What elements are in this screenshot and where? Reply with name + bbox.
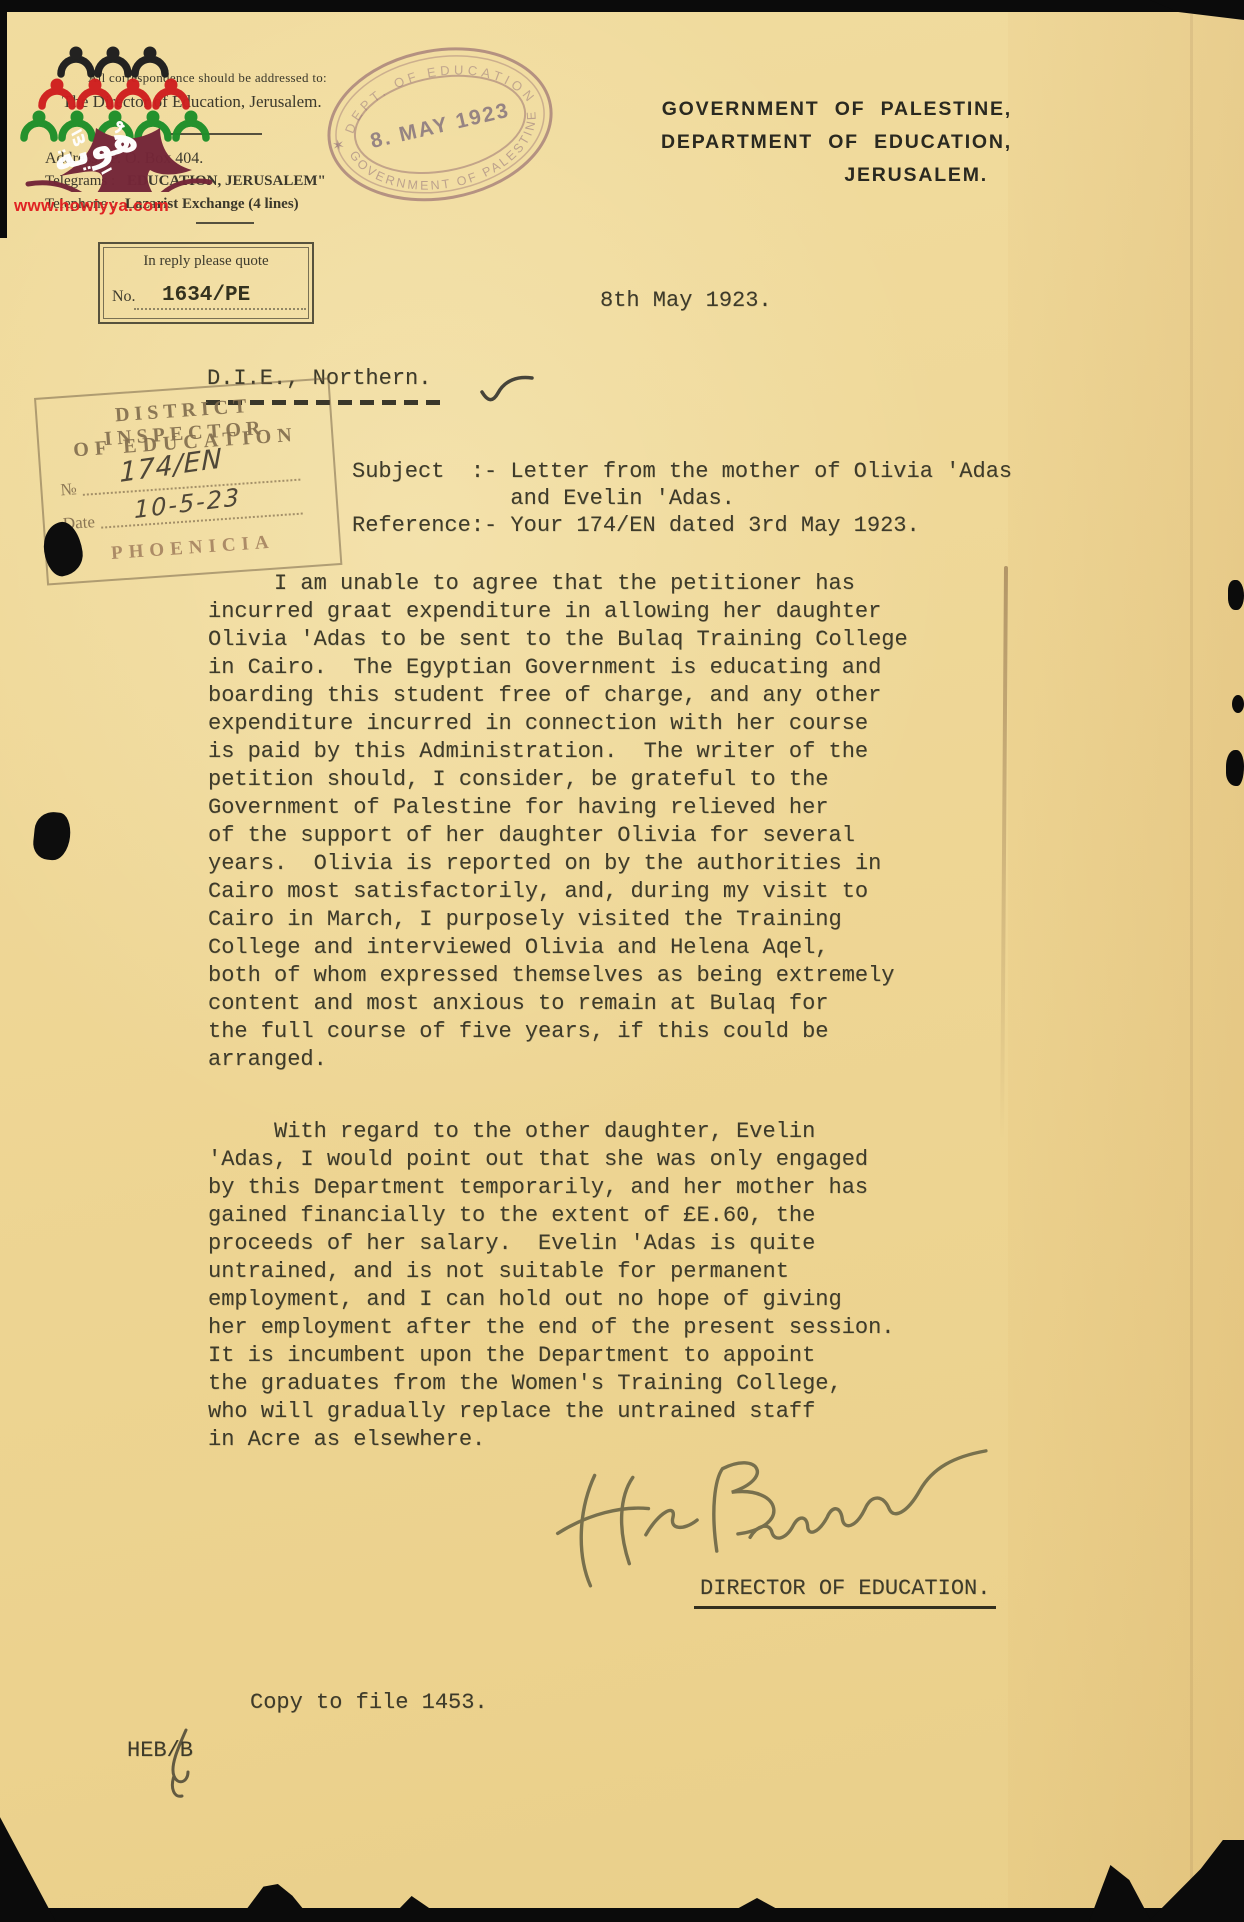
people-row-red	[42, 91, 186, 106]
body-paragraph-2: With regard to the other daughter, Eveli…	[208, 1118, 895, 1454]
reply-number: 1634/PE	[162, 284, 250, 307]
watermark-url: www.howiyya.com	[14, 196, 169, 216]
inspector-stamp-region: PHOENICIA	[46, 527, 339, 569]
people-row-black	[61, 59, 165, 74]
reply-quote-box: In reply please quote No. 1634/PE	[98, 242, 314, 324]
inspector-no-label: №	[60, 479, 78, 500]
scan-edge-bottom	[0, 1908, 1244, 1922]
scan-edge-blotch	[1232, 695, 1244, 713]
tick-mark	[478, 374, 536, 410]
initials-slash-mark	[150, 1726, 200, 1804]
copy-note: Copy to file 1453.	[250, 1690, 488, 1715]
scan-edge-top	[0, 0, 1244, 12]
stamp-star-icon: ✶	[331, 137, 346, 155]
scan-edge-blotch	[1228, 580, 1244, 610]
scan-edge-left	[0, 0, 7, 238]
signature-he-bowman	[542, 1436, 1008, 1595]
letter-date: 8th May 1923.	[600, 288, 772, 313]
org-header-line1: GOVERNMENT OF PALESTINE,	[598, 98, 1012, 121]
reply-dotted-line	[134, 308, 306, 310]
scan-edge-blotch	[1226, 750, 1244, 786]
org-header-line2: DEPARTMENT OF EDUCATION,	[598, 131, 1012, 154]
org-header-line3: JERUSALEM.	[598, 164, 988, 187]
document-scan-page: All correspondence should be addressed t…	[0, 0, 1244, 1922]
subject-reference-block: Subject :- Letter from the mother of Oli…	[352, 458, 1012, 539]
howiyya-tree-logo: هُوِيَّة	[12, 20, 222, 192]
body-paragraph-1: I am unable to agree that the petitioner…	[208, 570, 908, 1074]
reply-box-caption: In reply please quote	[100, 253, 312, 270]
paper-shading	[1008, 10, 1244, 1910]
reply-no-label: No.	[112, 288, 136, 306]
letterhead-divider-2	[196, 222, 254, 224]
paper-crease-faint	[1190, 14, 1193, 1894]
stamp-date-text: 8. MAY 1923	[368, 99, 512, 153]
